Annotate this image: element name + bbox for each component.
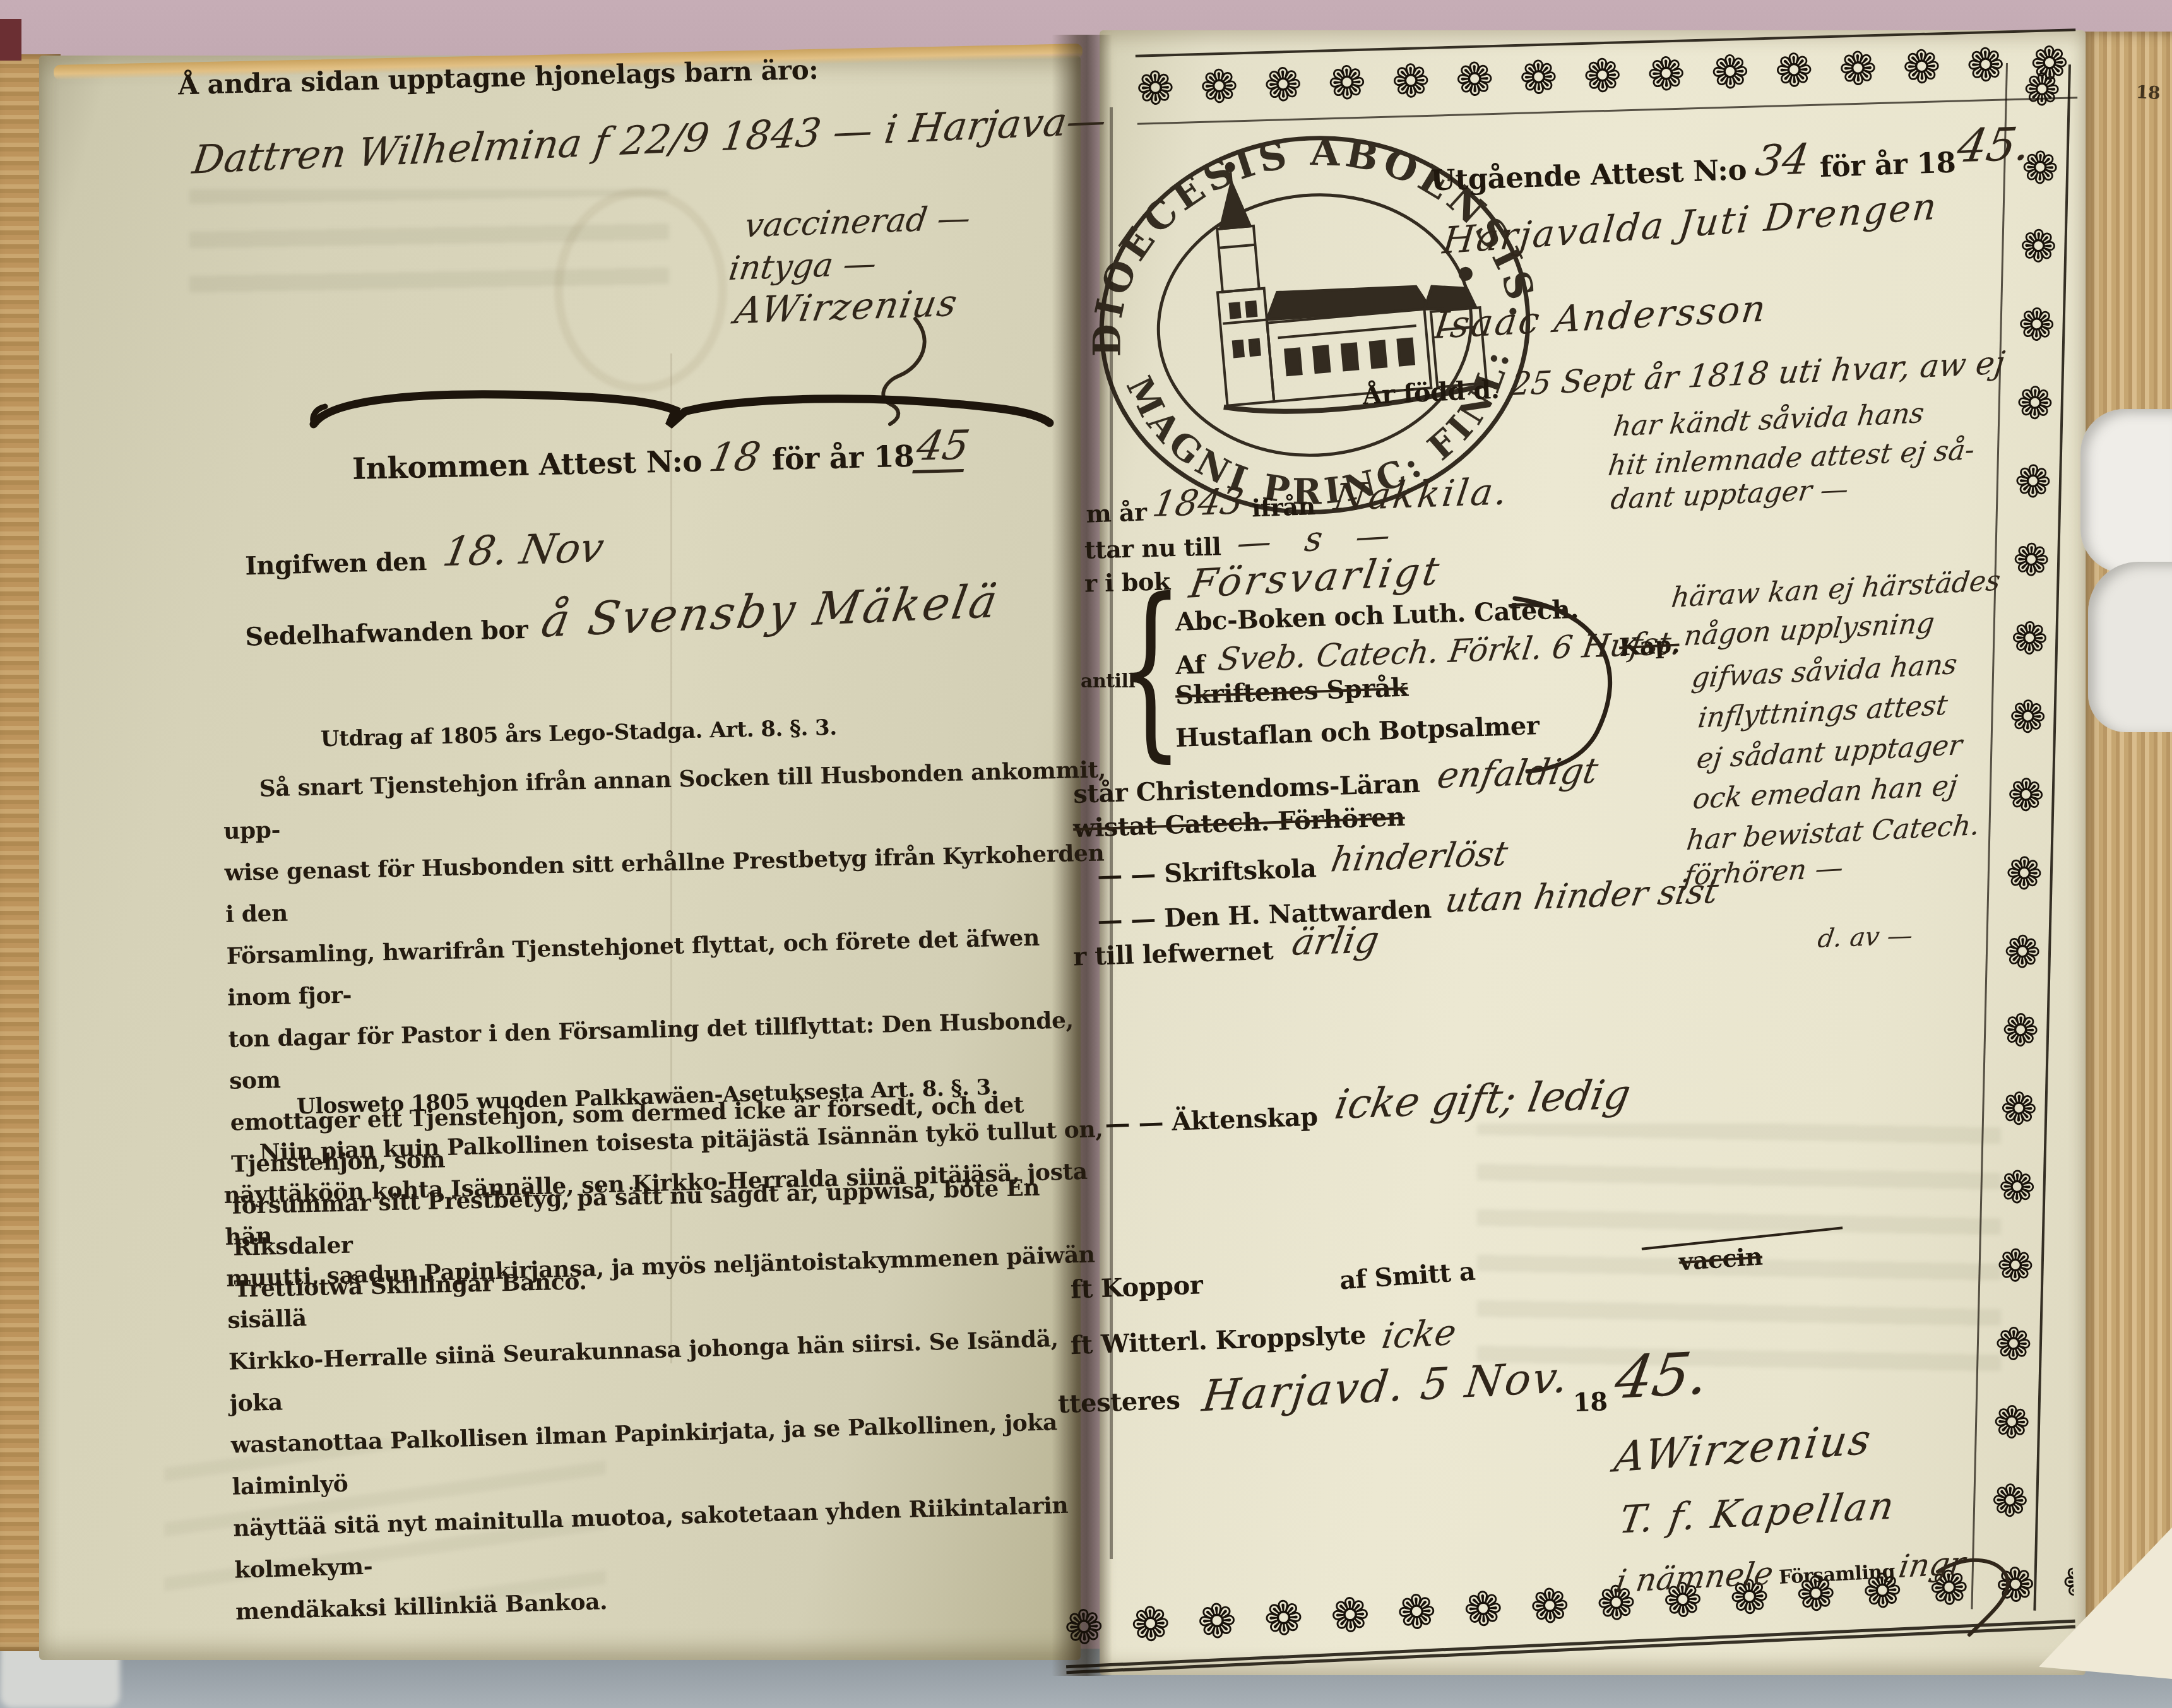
- conduct-hw: ärlig: [1289, 918, 1383, 964]
- received-line: Ingifwen den 18. Nov: [244, 529, 603, 585]
- attended-struck: wistat Catech. Förhören: [1072, 802, 1405, 843]
- marriage-printed: — — Äktenskap: [1105, 1102, 1319, 1139]
- catechism-open-brace: {: [1117, 587, 1184, 751]
- hw-vaccinated: vaccinerad —: [742, 199, 973, 246]
- born-cont-3: dant upptager —: [1609, 473, 1851, 516]
- smallpox-value: af Smitt a: [1339, 1257, 1476, 1296]
- conduct-line: r till lefwernet ärlig: [1072, 922, 1379, 974]
- reads-printed: r i bok: [1084, 567, 1170, 598]
- moved-in-printed-prefix: m år: [1086, 497, 1148, 528]
- signature-parish-printed: Församling: [1778, 1560, 1896, 1589]
- attest-heading-right-mid: för år 18: [1819, 146, 1956, 184]
- signature-parish-pre: i nämnele: [1613, 1555, 1776, 1600]
- moved-in-place: Nakkila.: [1331, 470, 1512, 519]
- reads-hw: Försvarligt: [1186, 547, 1445, 607]
- understands-printed: står Christendoms-Läran: [1073, 769, 1421, 809]
- faint-stamp-ring: [555, 189, 726, 391]
- attest-century: 18: [1572, 1387, 1608, 1418]
- attest-place-date: Harjavd. 5 Nov.: [1200, 1352, 1572, 1421]
- received-printed: Ingifwen den: [245, 547, 427, 581]
- kap-note: Kap.: [1618, 630, 1680, 661]
- smallpox-label: ft Koppor: [1070, 1270, 1203, 1304]
- attest-heading-right-number: 34: [1752, 134, 1812, 185]
- photo-of-open-church-record-book: 18 ❁ ❁ ❁ ❁ ❁ ❁ ❁ ❁ ❁ ❁ ❁ ❁ ❁ ❁ ❁ ❁ ❁ ❁ ❁…: [0, 0, 2172, 1708]
- attest-heading-right-year: 45.: [1954, 117, 2035, 173]
- signature-flourish: [840, 316, 941, 429]
- signature-parish-line: i nämnele Församling ingr: [1615, 1545, 1966, 1600]
- defect-label: ft Witterl. Kroppslyte: [1070, 1320, 1366, 1360]
- table-surface: [0, 1649, 2172, 1708]
- born-line: År född d. 25 Sept år 1818 uti hvar, aw …: [1362, 347, 2005, 412]
- conduct-printed: r till lefwernet: [1073, 936, 1274, 972]
- attest-heading-left-number: 18: [706, 433, 764, 480]
- defect-hw: icke: [1379, 1312, 1459, 1358]
- hw-name: Isaac Andersson: [1432, 287, 1770, 347]
- hw-child-line: Dattren Wilhelmina f 22/9 1843 — i Harja…: [190, 97, 1109, 183]
- holder-line: Sedelhafwanden bor å Svensby Mäkelä: [244, 583, 1000, 656]
- moves-to-hw: — s —: [1235, 514, 1403, 563]
- catechism-item-1: Abc-Boken och Luth. Catech.: [1175, 595, 1579, 637]
- margin-note-line-8: förhören —: [1682, 851, 1845, 893]
- understands-hw: enfaldigt: [1434, 750, 1601, 797]
- left-page-paper: [39, 56, 1081, 1660]
- born-hw: 25 Sept år 1818 uti hvar, aw ej: [1509, 345, 2007, 403]
- moved-in-year: 1843: [1149, 481, 1247, 525]
- right-page-paper: [1100, 30, 2086, 1675]
- page-stack-right-edge: [2078, 32, 2172, 1654]
- catechism-close-paren: [1502, 587, 1641, 776]
- smallpox-struck-option: vaccin: [1678, 1242, 1764, 1276]
- white-glove-finger-upper: [2080, 409, 2172, 573]
- attest-heading-left-mid: för år 18: [771, 439, 914, 477]
- book-fore-edge-left: [0, 54, 61, 1651]
- confirmation-school-line: — — Skriftskola hinderlöst: [1096, 839, 1508, 893]
- moved-in-printed-mid: ifrån: [1251, 492, 1315, 522]
- signature-name: AWirzenius: [1611, 1414, 1875, 1481]
- attest-year: 45.: [1611, 1339, 1714, 1413]
- attest-heading-left-prefix: Inkommen Attest N:o: [352, 444, 703, 487]
- attest-heading-left: Inkommen Attest N:o 18 för år 18 45: [352, 429, 969, 492]
- communion-printed: — — Den H. Nattwarden: [1097, 894, 1432, 935]
- seal-text-bottom: MAGNI PRINC: FINL:: [1117, 338, 1531, 530]
- diocese-seal: DIOECESIS ABOENSIS. MAGNI PRINC: FINL:: [1074, 107, 1555, 542]
- knows-label: antill: [1081, 670, 1135, 692]
- holder-hw: å Svensby Mäkelä: [538, 574, 1004, 648]
- margin-note-line-7: har bewistat Catech.: [1685, 809, 1981, 857]
- confirmation-school-printed: — — Skriftskola: [1097, 853, 1317, 891]
- margin-note-line-5: ej sådant upptager: [1695, 729, 1964, 775]
- holder-printed: Sedelhafwanden bor: [245, 615, 528, 652]
- catechism-item-2-hw: Sveb. Catech. Förkl. 6 Hufst.: [1216, 625, 1683, 678]
- rosette-border-bottom: ❁ ❁ ❁ ❁ ❁ ❁ ❁ ❁ ❁ ❁ ❁ ❁ ❁ ❁ ❁ ❁ ❁ ❁ ❁ ❁: [1063, 1550, 2075, 1674]
- showthrough-left-bottom: [164, 1439, 606, 1603]
- gutter-shadow: [1052, 35, 1112, 1676]
- communion-hw: utan hinder sist: [1442, 871, 1721, 920]
- margin-note-line-1: häraw kan ej härstädes: [1670, 564, 2002, 614]
- signature-title: T. f. Kapellan: [1617, 1483, 1899, 1543]
- born-printed: År född d.: [1362, 375, 1500, 410]
- hw-signature-left: AWirzenius: [732, 282, 961, 333]
- swedish-heading: Utdrag af 1805 års Lego-Stadga. Art. 8. …: [321, 715, 837, 752]
- left-page-top-edge: [54, 44, 1083, 80]
- hw-parish-line: Harjavalda Juti Drengen: [1440, 184, 1940, 263]
- seal-text-top: DIOECESIS ABOENSIS.: [1074, 111, 1546, 360]
- seal-church-illustration: [1202, 142, 1492, 419]
- finnish-paragraph: Niin pian kuin Palkollinen toisesta pitä…: [222, 1108, 1120, 1633]
- parish-flourish: [1932, 1540, 2020, 1641]
- moves-to-printed: ttar nu till: [1084, 532, 1221, 564]
- left-page-center-crease: [670, 353, 672, 1363]
- confirmation-school-hw: hinderlöst: [1328, 833, 1510, 879]
- margin-note-line-6: ock emedan han ej: [1691, 769, 1959, 815]
- received-hw: 18. Nov: [439, 525, 608, 576]
- margin-note-line-3: gifwas såvida hans: [1690, 648, 1959, 694]
- margin-note-line-4: inflyttnings attest: [1696, 689, 1949, 734]
- rosette-border-right: ❁ ❁ ❁ ❁ ❁ ❁ ❁ ❁ ❁ ❁ ❁ ❁ ❁ ❁ ❁ ❁ ❁ ❁ ❁ ❁ …: [1971, 63, 2071, 1611]
- understands-line: står Christendoms-Läran enfaldigt: [1072, 754, 1598, 812]
- attest-heading-right: Utgående Attest N:o 34 för år 18 45.: [1430, 127, 2032, 201]
- born-cont-1: har kändt såvida hans: [1611, 397, 1926, 443]
- smallpox-strike-line: [1642, 1226, 1843, 1250]
- left-top-note: Å andra sidan upptagne hjonelags barn är…: [178, 54, 819, 101]
- attest-heading-left-year: 45: [912, 422, 973, 473]
- swedish-paragraph: Så snart Tjenstehjon ifrån annan Socken …: [222, 749, 1118, 1310]
- finnish-heading: Ulosweto 1805 wuoden Palkkawäen-Asetukse…: [297, 1074, 999, 1119]
- cloth-bottom-left: [0, 1610, 120, 1708]
- next-page-edge-fragment: 18: [2135, 81, 2161, 104]
- attest-heading-right-prefix: Utgående Attest N:o: [1430, 153, 1747, 197]
- turned-corner-bottom-right: [2039, 1527, 2172, 1679]
- svg-text:DIOECESIS ABOENSIS.: DIOECESIS ABOENSIS.: [1074, 111, 1546, 360]
- divider-swash: [306, 379, 1057, 448]
- rosette-border-top: ❁ ❁ ❁ ❁ ❁ ❁ ❁ ❁ ❁ ❁ ❁ ❁ ❁ ❁ ❁ ❁ ❁ ❁ ❁: [1136, 28, 2078, 125]
- showthrough-right-middle: [1477, 1124, 2001, 1376]
- catechism-item-2-printed: Af: [1175, 649, 1206, 680]
- catechism-item-2: Af Sveb. Catech. Förkl. 6 Hufst.: [1175, 627, 1682, 682]
- attest-label: ttesteres: [1057, 1385, 1180, 1420]
- margin-note-line-2: någon upplysning: [1682, 607, 1936, 652]
- signature-parish-post: ingr: [1896, 1545, 1967, 1585]
- red-book-corner: [0, 19, 21, 61]
- communion-line: — — Den H. Nattwarden utan hinder sist: [1096, 876, 1719, 937]
- catechism-item-4: Hustaflan och Botpsalmer: [1175, 711, 1540, 753]
- hw-intyga: intyga —: [727, 245, 879, 288]
- white-glove-finger-lower: [2088, 562, 2172, 732]
- marriage-line: — — Äktenskap icke gift; ledig: [1104, 1077, 1631, 1142]
- showthrough-left-top: [189, 189, 669, 297]
- born-cont-2: hit inlemnade attest ej så-: [1606, 434, 1977, 482]
- border-left-rule: [1110, 107, 1113, 1559]
- marriage-hw: icke gift; ledig: [1331, 1071, 1634, 1129]
- catechism-item-3-struck: Skriftenes Språk: [1175, 673, 1408, 711]
- svg-text:MAGNI PRINC: FINL:: MAGNI PRINC: FINL:: [1117, 338, 1531, 530]
- communion-hw2: d. av —: [1816, 921, 1915, 953]
- moved-in-line: m år 1843 ifrån Nakkila.: [1085, 473, 1510, 531]
